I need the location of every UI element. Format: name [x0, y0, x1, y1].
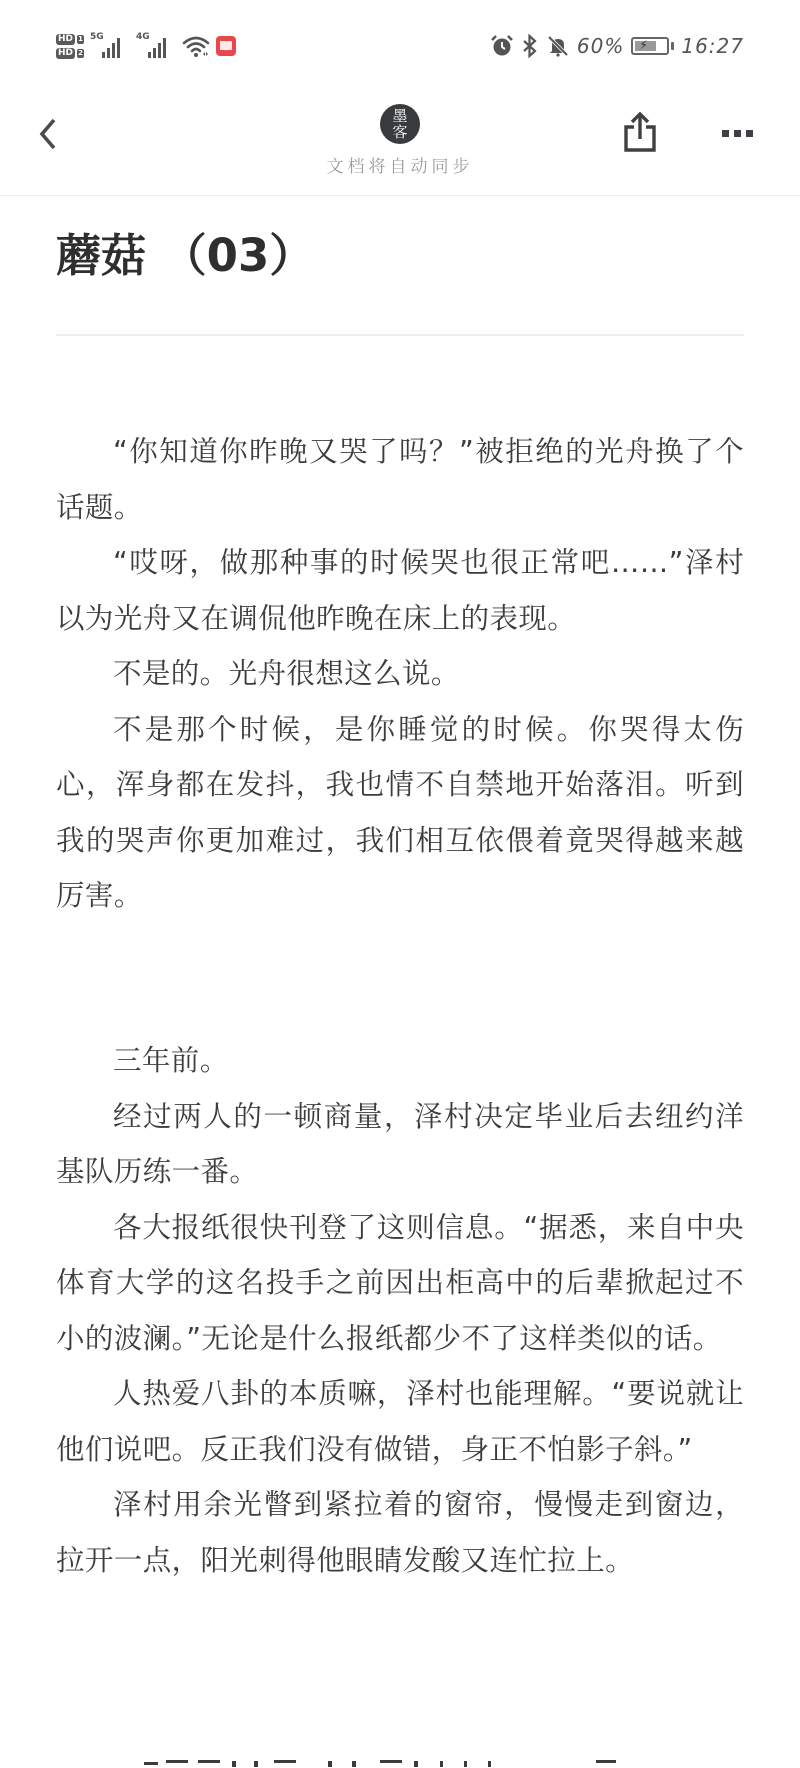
- status-bar-left: HD 1 HD 2 5G 4G: [56, 26, 236, 66]
- battery-charging-icon: ⚡: [631, 37, 669, 55]
- clipped-next-paragraph: [56, 1752, 744, 1768]
- paragraph: “哎呀，做那种事的时候哭也很正常吧……”泽村以为光舟又在调侃他昨晚在床上的表现。: [56, 535, 744, 646]
- battery-percent: 60%: [577, 34, 624, 58]
- share-icon: [623, 111, 657, 153]
- bluetooth-icon: [521, 34, 539, 58]
- paragraph: 不是那个时候，是你睡觉的时候。你哭得太伤心，浑身都在发抖，我也情不自禁地开始落泪…: [56, 702, 744, 924]
- document-section-2[interactable]: 三年前。 经过两人的一顿商量，泽村决定毕业后去纽约洋基队历练一番。 各大报纸很快…: [56, 1033, 744, 1588]
- title-divider: [56, 334, 744, 336]
- signal-5g-icon: 5G: [90, 32, 130, 60]
- paragraph: 经过两人的一顿商量，泽村决定毕业后去纽约洋基队历练一番。: [56, 1089, 744, 1200]
- paragraph: 人热爱八卦的本质嘛，泽村也能理解。“要说就让他们说吧。反正我们没有做错，身正不怕…: [56, 1366, 744, 1477]
- paragraph: “你知道你昨晚又哭了吗？”被拒绝的光舟换了个话题。: [56, 424, 744, 535]
- chevron-left-icon: [37, 117, 59, 151]
- sim-number: 2: [77, 49, 84, 58]
- status-bar: HD 1 HD 2 5G 4G: [0, 0, 800, 90]
- paragraph: 三年前。: [56, 1033, 744, 1089]
- signal-bars: [148, 38, 166, 58]
- logo-char-bottom: 客: [392, 124, 407, 140]
- paragraph: 泽村用余光瞥到紧拉着的窗帘，慢慢走到窗边，拉开一点，阳光刺得他眼睛发酸又连忙拉上…: [56, 1477, 744, 1588]
- more-options-button[interactable]: [712, 118, 762, 148]
- more-horizontal-icon-dot: [746, 130, 753, 137]
- clipped-text-fragment: [56, 1752, 744, 1768]
- book-app-notification-icon: [216, 36, 236, 56]
- mute-bell-icon: [546, 34, 570, 58]
- clock: 16:27: [681, 34, 744, 58]
- signal-4g-icon: 4G: [136, 32, 176, 60]
- app-header: 墨 客 文档将自动同步: [0, 90, 800, 196]
- hd-sim-indicators: HD 1 HD 2: [56, 34, 84, 59]
- status-bar-right: 60% ⚡ 16:27: [490, 30, 744, 62]
- document-title: 蘑菇 （03）: [56, 226, 314, 286]
- hd-badge: HD: [56, 48, 75, 59]
- sim-number: 1: [77, 35, 84, 44]
- share-button[interactable]: [620, 108, 660, 156]
- alarm-icon: [490, 34, 514, 58]
- sync-status: 文档将自动同步: [0, 152, 800, 177]
- battery-tip: [671, 42, 674, 50]
- hd-sim2-icon: HD 2: [56, 48, 84, 59]
- app-logo: 墨 客: [380, 104, 420, 144]
- logo-char-top: 墨: [392, 108, 407, 124]
- paragraph: 各大报纸很快刊登了这则信息。“据悉，来自中央体育大学的这名投手之前因出柜高中的后…: [56, 1200, 744, 1367]
- document-section-1[interactable]: “你知道你昨晚又哭了吗？”被拒绝的光舟换了个话题。 “哎呀，做那种事的时候哭也很…: [56, 424, 744, 924]
- more-horizontal-icon-dot: [722, 130, 729, 137]
- wifi-icon: [182, 34, 210, 58]
- more-horizontal-icon-dot: [734, 130, 741, 137]
- hd-badge: HD: [56, 34, 75, 45]
- hd-sim1-icon: HD 1: [56, 34, 84, 45]
- back-button[interactable]: [30, 112, 66, 156]
- signal-bars: [102, 38, 120, 58]
- paragraph: 不是的。光舟很想这么说。: [56, 646, 744, 702]
